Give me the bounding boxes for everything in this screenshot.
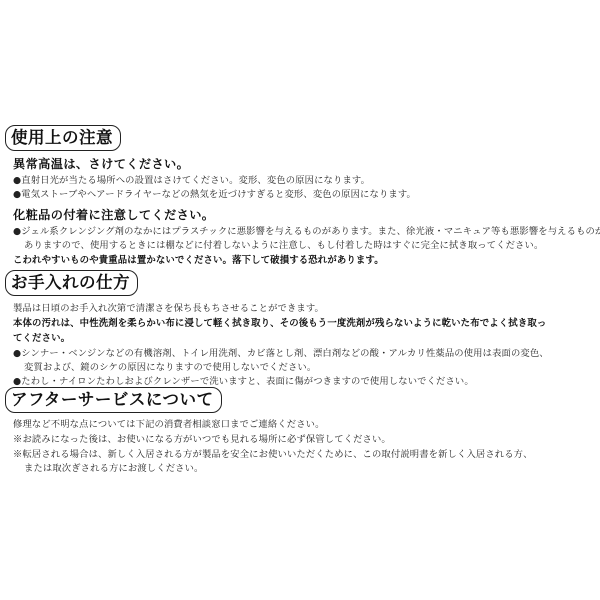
heading-avoid-high-temperature: 異常高温は、さけてください。 [13, 155, 189, 172]
heading-cosmetics-adhesion: 化粧品の付着に注意してください。 [13, 206, 214, 223]
service-moving-cont: または取次ぎされる方にお渡しください。 [24, 460, 204, 474]
care-scrubber-warning: ●たわし・ナイロンたわしおよびクレンザーで洗いますと、表面に傷がつきますので使用… [13, 373, 474, 387]
care-solvents-warning-cont: 変質および、鏡のシケの原因になりますので使用しないでください。 [24, 359, 316, 373]
care-body-cleaning: 本体の汚れは、中性洗剤を柔らかい布に浸して軽く拭き取り、その後もう一度洗剤が残ら… [13, 315, 546, 329]
section-title-after-service: アフターサービスについて [5, 387, 222, 413]
service-keep-manual: ※お読みになった後は、お使いになる方がいつでも見れる場所に必ず保管してください。 [13, 431, 391, 445]
note-cleansing-gel-cont: ありますので、使用するときには棚などに付着しないように注意し、もし付着した時はす… [24, 237, 543, 251]
care-body-cleaning-cont: てください。 [13, 330, 70, 344]
section-title-care-method: お手入れの仕方 [5, 270, 138, 296]
care-solvents-warning: ●シンナー・ベンジンなどの有機溶剤、トイレ用洗剤、カビ落とし剤、漂白剤などの酸・… [13, 345, 549, 359]
care-intro: 製品は日頃のお手入れ次第で清潔さを保ち長もちさせることができます。 [13, 300, 324, 314]
note-heater-dryer: ●電気ストーブやヘアードライヤーなどの熱気を近づけすぎると変形、変色の原因になり… [13, 186, 416, 200]
note-fragile-items: こわれやすいものや貴重品は置かないでください。落下して破損する恐れがあります。 [13, 252, 384, 266]
note-cleansing-gel: ●ジェル系クレンジング剤のなかにはプラスチックに悪影響を与えるものがあります。ま… [13, 223, 600, 237]
service-moving: ※転居される場合は、新しく入居される方が製品を安全にお使いいただくために、この取… [13, 446, 533, 460]
note-direct-sunlight: ●直射日光が当たる場所への設置はさけてください。変形、変色の原因になります。 [13, 172, 370, 186]
section-title-usage-precautions: 使用上の注意 [5, 125, 121, 151]
service-contact: 修理など不明な点については下記の消費者相談窓口までご連絡ください。 [13, 416, 325, 430]
